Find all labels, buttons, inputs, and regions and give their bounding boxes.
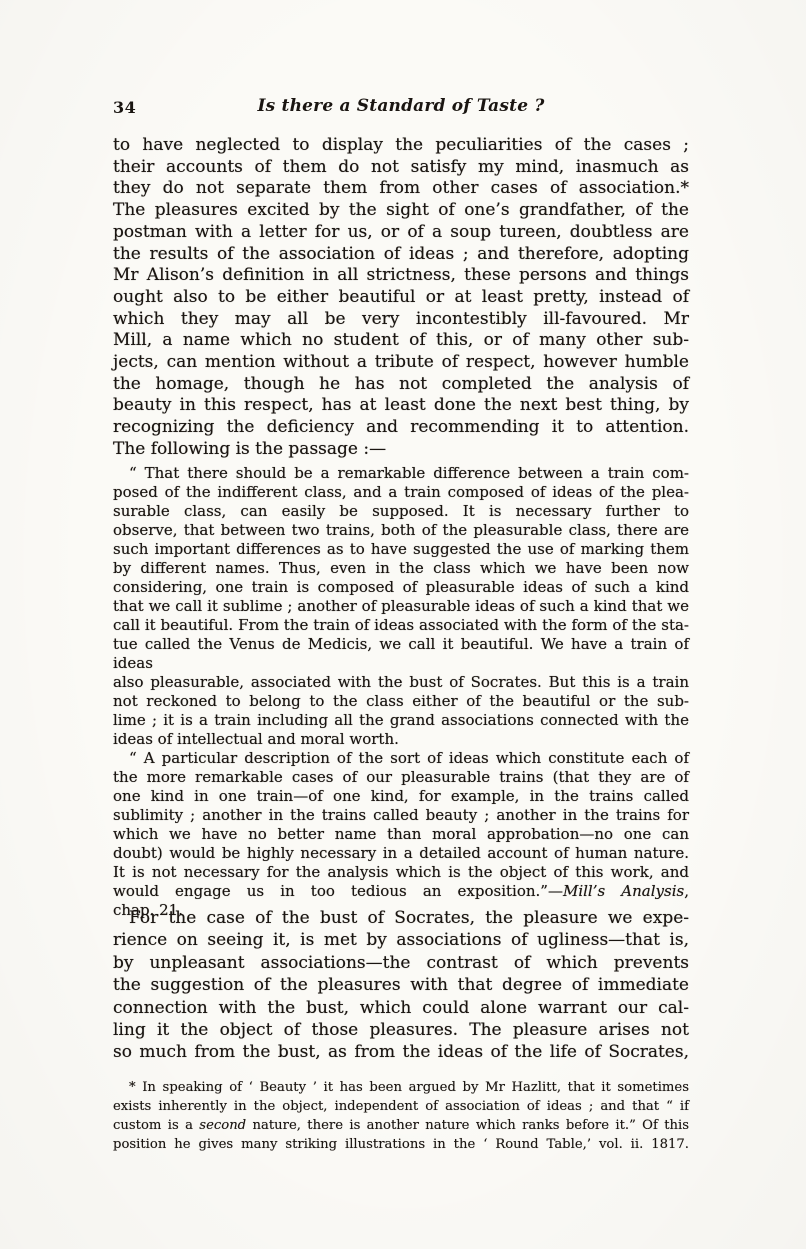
text-line: to have neglected to display the peculia…: [113, 135, 689, 157]
text-line: ought also to be either beautiful or at …: [113, 287, 689, 309]
text-line: It is not necessary for the analysis whi…: [113, 863, 689, 882]
text-line: exists inherently in the object, indepen…: [113, 1097, 689, 1116]
paragraph-body: For the case of the bust of Socrates, th…: [113, 907, 689, 1064]
page-header: 34 Is there a Standard of Taste ?: [113, 96, 689, 122]
text-line: jects, can mention without a tribute of …: [113, 352, 689, 374]
text-line: doubt) would be highly necessary in a de…: [113, 844, 689, 863]
text-line: the more remarkable cases of our pleasur…: [113, 768, 689, 787]
footnote: * In speaking of ‘ Beauty ’ it has been …: [113, 1078, 689, 1154]
paragraph-opening: to have neglected to display the peculia…: [113, 135, 689, 461]
text-line: one kind in one train—of one kind, for e…: [113, 787, 689, 806]
text-line: so much from the bust, as from the ideas…: [113, 1041, 689, 1063]
text-line: their accounts of them do not satisfy my…: [113, 157, 689, 179]
text-line: “ A particular description of the sort o…: [113, 749, 689, 768]
text-line: which they may all be very incontestibly…: [113, 309, 689, 331]
quote-paragraph-1: “ That there should be a remarkable diff…: [113, 464, 689, 749]
block-quote: “ That there should be a remarkable diff…: [113, 464, 689, 920]
text-line: not reckoned to belong to the class eith…: [113, 692, 689, 711]
text-line: ideas of intellectual and moral worth.: [113, 730, 689, 749]
text-line: The following is the passage :—: [113, 439, 689, 461]
scanned-book-page: 34 Is there a Standard of Taste ? to hav…: [0, 0, 806, 1249]
text-line: such important differences as to have su…: [113, 540, 689, 559]
text-line: position he gives many striking illustra…: [113, 1135, 689, 1154]
text-line: postman with a letter for us, or of a so…: [113, 222, 689, 244]
quote-paragraph-2: “ A particular description of the sort o…: [113, 749, 689, 920]
text-line: the results of the association of ideas …: [113, 244, 689, 266]
text-line: would engage us in too tedious an exposi…: [113, 882, 689, 901]
text-line: The pleasures excited by the sight of on…: [113, 200, 689, 222]
text-line: surable class, can easily be supposed. I…: [113, 502, 689, 521]
text-line: beauty in this respect, has at least don…: [113, 395, 689, 417]
text-line: that we call it sublime ; another of ple…: [113, 597, 689, 616]
page-number: 34: [113, 98, 136, 117]
text-line: considering, one train is composed of pl…: [113, 578, 689, 597]
text-line: they do not separate them from other cas…: [113, 178, 689, 200]
text-line: which we have no better name than moral …: [113, 825, 689, 844]
text-line: tue called the Venus de Medicis, we call…: [113, 635, 689, 673]
text-line: custom is a second nature, there is anot…: [113, 1116, 689, 1135]
text-line: rience on seeing it, is met by associati…: [113, 929, 689, 951]
text-line: For the case of the bust of Socrates, th…: [113, 907, 689, 929]
text-line: Mr Alison’s definition in all strictness…: [113, 265, 689, 287]
text-line: “ That there should be a remarkable diff…: [113, 464, 689, 483]
text-line: * In speaking of ‘ Beauty ’ it has been …: [113, 1078, 689, 1097]
text-line: connection with the bust, which could al…: [113, 997, 689, 1019]
text-line: by unpleasant associations—the contrast …: [113, 952, 689, 974]
text-line: the suggestion of the pleasures with tha…: [113, 974, 689, 996]
text-line: Mill, a name which no student of this, o…: [113, 330, 689, 352]
text-line: posed of the indifferent class, and a tr…: [113, 483, 689, 502]
text-line: the homage, though he has not completed …: [113, 374, 689, 396]
text-line: observe, that between two trains, both o…: [113, 521, 689, 540]
text-line: lime ; it is a train including all the g…: [113, 711, 689, 730]
text-line: by different names. Thus, even in the cl…: [113, 559, 689, 578]
text-line: sublimity ; another in the trains called…: [113, 806, 689, 825]
running-title: Is there a Standard of Taste ?: [113, 96, 689, 116]
text-line: also pleasurable, associated with the bu…: [113, 673, 689, 692]
text-line: ling it the object of those pleasures. T…: [113, 1019, 689, 1041]
text-line: call it beautiful. From the train of ide…: [113, 616, 689, 635]
text-line: recognizing the deficiency and recommend…: [113, 417, 689, 439]
